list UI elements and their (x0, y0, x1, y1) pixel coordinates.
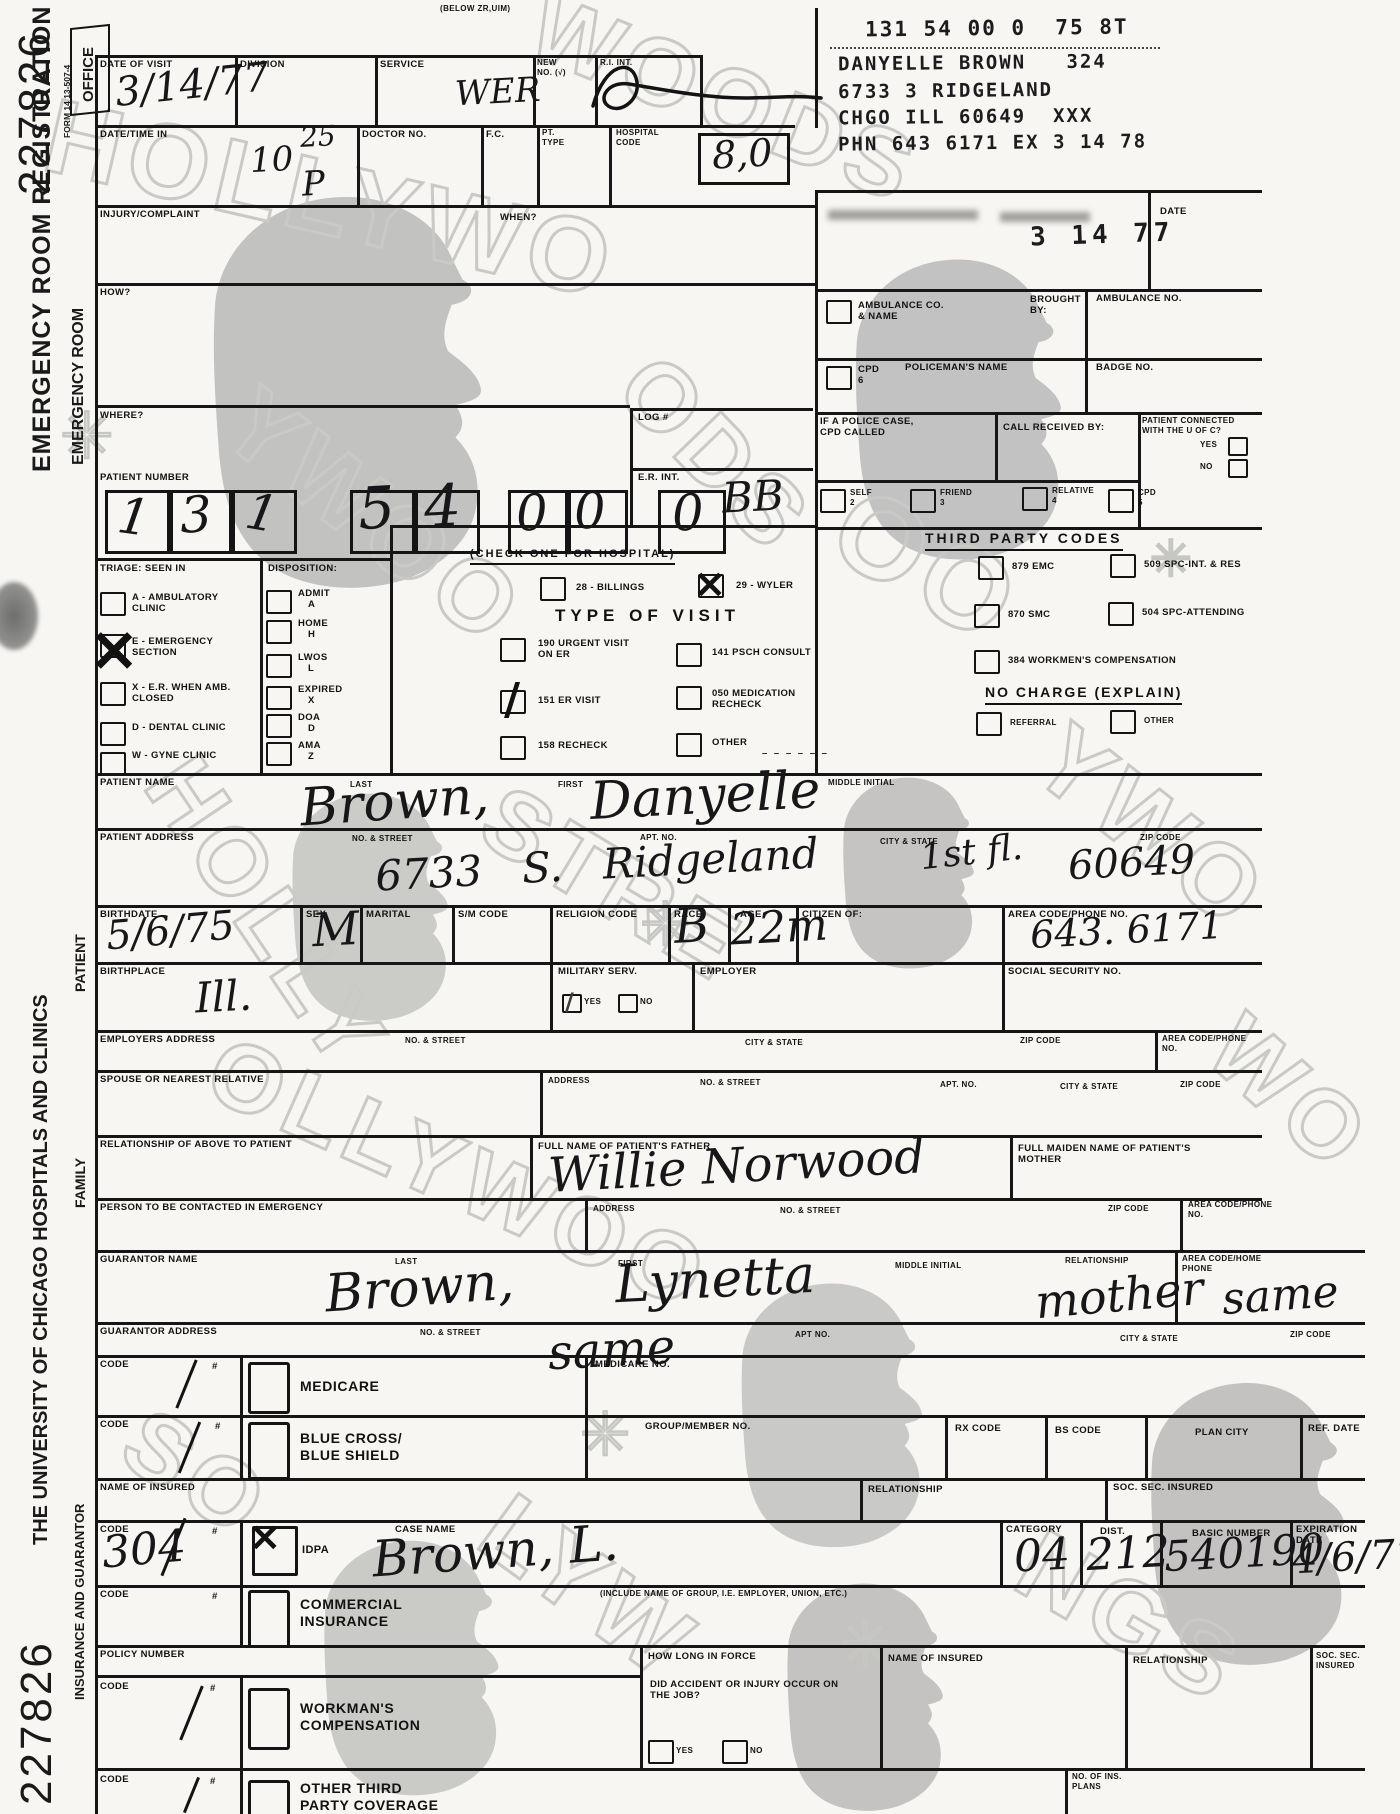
spc-int-label: 509 SPC-INT. & RES (1144, 559, 1241, 570)
referral-label: REFERRAL (1010, 718, 1057, 728)
accident-yes-checkbox[interactable] (648, 1740, 674, 1764)
doctor-no-label: DOCTOR NO. (362, 129, 427, 140)
blue-cross-checkbox[interactable] (248, 1422, 290, 1480)
wyler-label: 29 - WYLER (736, 580, 793, 591)
policy-number-label: POLICY NUMBER (100, 1649, 185, 1660)
ambulance-no-label: AMBULANCE NO. (1096, 293, 1182, 304)
soc-sec-insured-label: SOC. SEC. INSURED (1113, 1482, 1213, 1493)
admit-code: A (308, 599, 315, 610)
patient-connected-label: PATIENT CONNECTED WITH THE U OF C? (1142, 416, 1242, 435)
where-label: WHERE? (100, 410, 144, 421)
contact-address-label: ADDRESS (593, 1204, 635, 1214)
triage-title: TRIAGE: SEEN IN (100, 563, 186, 574)
cpd-label: CPD 6 (858, 364, 879, 387)
disposition-expired-label: EXPIREDX (298, 684, 343, 707)
accident-no-checkbox[interactable] (722, 1740, 748, 1764)
religion-code-label: RELIGION CODE (556, 909, 637, 920)
stamp-city: CHGO ILL 60649 XXX (838, 105, 1094, 130)
zip-value: 60649 (1067, 837, 1196, 890)
idpa-num-label: # (212, 1526, 218, 1537)
connected-yes-label: YES (1200, 440, 1217, 450)
hospital-code-value: 8,0 (711, 130, 774, 177)
expired-code: X (308, 695, 315, 706)
friend-label: FRIEND (940, 488, 972, 497)
employers-zip-label: ZIP CODE (1020, 1036, 1061, 1046)
first-label: FIRST (558, 780, 583, 790)
home-code: H (308, 629, 315, 640)
triage-gyne-label: W - GYNE CLINIC (132, 750, 247, 761)
commercial-insurance-checkbox[interactable] (248, 1590, 290, 1648)
no-of-ins-plans-label: NO. OF INS. PLANS (1072, 1772, 1122, 1791)
disposition-lwos-checkbox[interactable] (266, 654, 292, 678)
workmans-comp-label: WORKMAN'S COMPENSATION (300, 1700, 421, 1734)
illegible-label-smudge (828, 210, 978, 220)
er-int-value: BB (721, 470, 785, 522)
spouse-street-label: NO. & STREET (700, 1078, 761, 1088)
other-visit-dashes: – – – – – – (762, 748, 829, 759)
cpd5-code: 5 (1138, 498, 1143, 507)
guarantor-zip-label: ZIP CODE (1290, 1330, 1331, 1340)
expiration-date-value: 4/6/77 (1291, 1531, 1400, 1584)
ssn-label: SOCIAL SECURITY NO. (1008, 966, 1121, 977)
emc-label: 879 EMC (1012, 561, 1054, 572)
policy-relationship-label: RELATIONSHIP (1133, 1655, 1208, 1666)
section-label-patient: PATIENT (72, 934, 88, 992)
triage-er-closed-checkbox[interactable] (100, 682, 126, 706)
hospital-code-label: HOSPITAL CODE (616, 128, 659, 147)
patient-number-label: PATIENT NUMBER (100, 472, 189, 483)
triage-emergency-label: E - EMERGENCY SECTION (132, 636, 247, 659)
patient-name-label: PATIENT NAME (100, 777, 175, 788)
service-label: SERVICE (380, 59, 424, 70)
form-side-title: EMERGENCY ROOM REGISTRATION (28, 6, 57, 472)
datetime-in-label: DATE/TIME IN (100, 129, 167, 140)
employers-street-label: NO. & STREET (405, 1036, 466, 1046)
third-party-codes-title: THIRD PARTY CODES (925, 530, 1123, 551)
medication-recheck-label: 050 MEDICATION RECHECK (712, 688, 796, 711)
spouse-apt-label: APT. NO. (940, 1080, 977, 1090)
guarantor-last-value: Brown, (323, 1251, 516, 1324)
time-in-hour: 10 (249, 139, 294, 181)
er-visit-checkbox[interactable] (500, 690, 526, 714)
spc-attending-checkbox[interactable] (1108, 602, 1134, 626)
section-label-emergency-room: EMERGENCY ROOM (70, 308, 88, 465)
section-label-insurance: INSURANCE AND GUARANTOR (72, 1504, 87, 1700)
brought-by-label: BROUGHT BY: (1030, 294, 1081, 317)
accident-no-label: NO (750, 1746, 763, 1756)
code-slash-stroke (175, 1359, 197, 1408)
other-third-party-label: OTHER THIRD PARTY COVERAGE (300, 1780, 439, 1814)
scanned-er-registration-form: HOLLYWO WOODS YWOO ODS OO HOLLY STRE YWO… (0, 0, 1400, 1814)
category-value: 04 (1013, 1529, 1072, 1583)
triage-er-closed-label: X - E.R. WHEN AMB. CLOSED (132, 682, 247, 705)
new-no-label: NEW NO. (√) (537, 58, 566, 77)
stamp-patient-number: 131 54 00 0 75 8T (865, 15, 1129, 42)
emc-checkbox[interactable] (978, 556, 1004, 580)
mother-name-label: FULL MAIDEN NAME OF PATIENT'S MOTHER (1018, 1143, 1208, 1166)
contact-phone-label: AREA CODE/PHONE NO. (1188, 1200, 1278, 1219)
contact-zip-label: ZIP CODE (1108, 1204, 1149, 1214)
relationship-above-label: RELATIONSHIP OF ABOVE TO PATIENT (100, 1139, 292, 1150)
name-of-insured-label: NAME OF INSURED (100, 1482, 195, 1493)
employers-phone-label: AREA CODE/PHONE NO. (1162, 1034, 1257, 1053)
badge-no-label: BADGE NO. (1096, 362, 1153, 373)
guarantor-apt-label: APT NO. (795, 1330, 830, 1340)
dist-value: 212 (1085, 1526, 1172, 1581)
disposition-lwos-label: LWOSL (298, 652, 328, 675)
spouse-city-label: CITY & STATE (1060, 1082, 1118, 1092)
brought-by-self-label: SELF2 (850, 488, 872, 507)
disposition-expired-checkbox[interactable] (266, 686, 292, 710)
workman-num-label: # (210, 1683, 216, 1694)
er-visit-label: 151 ER VISIT (538, 695, 601, 706)
sm-code-label: S/M CODE (458, 909, 508, 920)
code-slash-stroke (179, 1686, 204, 1741)
no-charge-title: NO CHARGE (EXPLAIN) (985, 684, 1182, 705)
disposition-title: DISPOSITION: (268, 563, 337, 574)
emergency-contact-label: PERSON TO BE CONTACTED IN EMERGENCY (100, 1202, 323, 1213)
rx-code-label: RX CODE (955, 1423, 1001, 1434)
brought-by-friend-label: FRIEND3 (940, 488, 972, 507)
phone-value: 643. 6171 (1029, 903, 1224, 957)
other-visit-checkbox[interactable] (676, 733, 702, 757)
guarantor-phone-value: same (1220, 1266, 1340, 1325)
patient-number-digit: 0 (671, 483, 706, 543)
medicare-num-label: # (212, 1361, 218, 1372)
guarantor-address-value: same (547, 1319, 677, 1382)
accident-yes-label: YES (676, 1746, 693, 1756)
accident-question-label: DID ACCIDENT OR INJURY OCCUR ON THE JOB? (650, 1679, 838, 1702)
relative-code: 4 (1052, 496, 1057, 505)
other-visit-label: OTHER (712, 737, 747, 748)
patient-number-digit: 3 (179, 485, 214, 545)
friend-code: 3 (940, 498, 945, 507)
disposition-ama-label: AMAZ (298, 740, 321, 763)
check-one-hospital-title: (CHECK ONE FOR HOSPITAL) (470, 548, 675, 565)
no-charge-other-checkbox[interactable] (1110, 710, 1136, 734)
connected-no-checkbox[interactable] (1228, 459, 1248, 478)
policy-ss-label: SOC. SEC. INSURED (1316, 1651, 1396, 1670)
er-int-label: E.R. INT. (638, 472, 680, 483)
relative-label: RELATIVE (1052, 486, 1094, 495)
patient-number-digit: 5 (356, 473, 396, 543)
ambulance-co-label: AMBULANCE CO. & NAME (858, 300, 944, 323)
brought-by-self-checkbox[interactable] (820, 489, 846, 513)
type-of-visit-title: TYPE OF VISIT (555, 606, 740, 626)
insured-relationship-label: RELATIONSHIP (868, 1484, 943, 1495)
marital-label: MARITAL (366, 909, 411, 920)
include-group-note: (INCLUDE NAME OF GROUP, I.E. EMPLOYER, U… (600, 1589, 847, 1599)
connected-yes-checkbox[interactable] (1228, 437, 1248, 456)
guarantor-first-value: Lynetta (614, 1245, 817, 1315)
office-tab-label: OFFICE (80, 47, 97, 102)
patient-number-digit: 0 (573, 481, 608, 541)
disposition-doa-checkbox[interactable] (266, 714, 292, 738)
ama-code: Z (308, 751, 314, 762)
lwos-code: L (308, 663, 314, 674)
street-label: NO. & STREET (352, 834, 413, 844)
brought-by-relative-label: RELATIVE4 (1052, 486, 1094, 505)
father-name-value: Willie Norwood (547, 1128, 926, 1204)
disposition-doa-label: DOAD (298, 712, 320, 735)
self-code: 2 (850, 498, 855, 507)
employers-address-label: EMPLOYERS ADDRESS (100, 1034, 215, 1045)
brought-by-relative-checkbox[interactable] (1022, 487, 1048, 511)
disposition-admit-checkbox[interactable] (266, 590, 292, 614)
when-label: WHEN? (500, 212, 537, 223)
age-value: 22m (729, 899, 829, 955)
log-number-label: LOG # (638, 412, 669, 423)
middle-initial-label: MIDDLE INITIAL (828, 778, 894, 788)
time-in-min: 25 (299, 119, 336, 154)
other-code-label: CODE (100, 1774, 129, 1785)
triage-emergency-checkbox[interactable] (100, 634, 126, 658)
policemans-name-label: POLICEMAN'S NAME (905, 362, 1008, 373)
section-label-family: FAMILY (72, 1158, 88, 1208)
police-case-label: IF A POLICE CASE, CPD CALLED (820, 416, 914, 439)
other-num-label: # (210, 1776, 216, 1787)
commercial-num-label: # (212, 1591, 218, 1602)
contact-street-label: NO. & STREET (780, 1206, 841, 1216)
below-note: (BELOW ZR,UIM) (440, 4, 510, 14)
commercial-insurance-label: COMMERCIAL INSURANCE (300, 1596, 402, 1630)
service-value: WER (454, 70, 541, 114)
connected-no-label: NO (1200, 462, 1213, 472)
brought-by-cpd-label: CPD5 (1138, 488, 1156, 507)
medicare-checkbox[interactable] (248, 1362, 290, 1414)
employers-city-label: CITY & STATE (745, 1038, 803, 1048)
employer-label: EMPLOYER (700, 966, 757, 977)
fc-label: F.C. (486, 129, 505, 140)
workmens-comp-code-label: 384 WORKMEN'S COMPENSATION (1008, 655, 1176, 666)
guarantor-name-label: GUARANTOR NAME (100, 1254, 198, 1265)
doa-label: DOA (298, 712, 320, 723)
spc-attending-label: 504 SPC-ATTENDING (1142, 607, 1245, 618)
psch-consult-label: 141 PSCH CONSULT (712, 647, 811, 658)
spouse-label: SPOUSE OR NEAREST RELATIVE (100, 1074, 264, 1085)
triage-dental-checkbox[interactable] (100, 722, 126, 746)
urgent-visit-label: 190 URGENT VISIT ON ER (538, 638, 629, 661)
smc-checkbox[interactable] (974, 604, 1000, 628)
stamp-phone: PHN 643 6171 EX 3 14 78 (838, 130, 1147, 155)
cpd5-label: CPD (1138, 488, 1156, 497)
workman-code-label: CODE (100, 1681, 129, 1692)
military-serv-label: MILITARY SERV. (558, 966, 637, 977)
military-no-label: NO (640, 997, 653, 1007)
guarantor-address-label: GUARANTOR ADDRESS (100, 1326, 217, 1337)
brought-by-friend-checkbox[interactable] (910, 489, 936, 513)
patient-address-label: PATIENT ADDRESS (100, 832, 194, 843)
disposition-home-checkbox[interactable] (266, 620, 292, 644)
stamp-patient-name: DANYELLE BROWN 324 (838, 51, 1107, 76)
blue-cross-label: BLUE CROSS/ BLUE SHIELD (300, 1430, 402, 1464)
idpa-code-value: 304 (100, 1520, 188, 1578)
ref-date-label: REF. DATE (1308, 1423, 1360, 1434)
other-third-party-checkbox[interactable] (248, 1780, 290, 1814)
medication-recheck-checkbox[interactable] (676, 686, 702, 710)
race-value: B (673, 897, 711, 955)
group-member-label: GROUP/MEMBER NO. (645, 1421, 751, 1432)
triage-dental-label: D - DENTAL CLINIC (132, 722, 247, 733)
serial-number-bottom: 227826 (12, 1640, 62, 1805)
injury-complaint-label: INJURY/COMPLAINT (100, 209, 200, 220)
wyler-checkbox[interactable] (698, 574, 724, 598)
admit-label: ADMIT (298, 588, 330, 599)
medicare-label: MEDICARE (300, 1378, 379, 1395)
sex-value: M (311, 901, 361, 957)
workmans-comp-checkbox[interactable] (248, 1688, 290, 1750)
triage-ambulatory-label: A - AMBULATORY CLINIC (132, 592, 247, 615)
how-long-label: HOW LONG IN FORCE (648, 1651, 756, 1662)
date-label: DATE (1160, 206, 1187, 217)
guarantor-street-label: NO. & STREET (420, 1328, 481, 1338)
lwos-label: LWOS (298, 652, 328, 663)
guarantor-relationship-value: mother (1033, 1261, 1206, 1329)
birthplace-label: BIRTHPLACE (100, 966, 165, 977)
military-yes-checkbox[interactable] (562, 994, 582, 1013)
disposition-ama-checkbox[interactable] (266, 742, 292, 766)
expired-label: EXPIRED (298, 684, 343, 695)
home-label: HOME (298, 618, 328, 629)
guarantor-mi-label: MIDDLE INITIAL (895, 1261, 961, 1271)
commercial-code-label: CODE (100, 1589, 129, 1600)
brought-by-cpd-checkbox[interactable] (1108, 489, 1134, 513)
billings-checkbox[interactable] (540, 577, 566, 601)
ambulance-co-checkbox[interactable] (826, 300, 852, 324)
disposition-admit-label: ADMITA (298, 588, 330, 611)
bc-code-label: CODE (100, 1419, 129, 1430)
self-label: SELF (850, 488, 872, 497)
bc-num-label: # (215, 1421, 221, 1432)
patient-first-name-value: Danyelle (589, 760, 822, 832)
clerk-signature (575, 48, 830, 126)
psch-consult-checkbox[interactable] (676, 643, 702, 667)
referral-checkbox[interactable] (976, 712, 1002, 736)
recheck-label: 158 RECHECK (538, 740, 608, 751)
recheck-checkbox[interactable] (500, 736, 526, 760)
spc-int-checkbox[interactable] (1110, 554, 1136, 578)
form-number: FORM 14 13-507-4 (62, 65, 72, 138)
idpa-label: IDPA (302, 1544, 329, 1557)
workmens-comp-code-checkbox[interactable] (974, 650, 1000, 674)
hospital-name: THE UNIVERSITY OF CHICAGO HOSPITALS AND … (30, 994, 53, 1545)
guarantor-relationship-label: RELATIONSHIP (1065, 1256, 1129, 1266)
patient-number-digit: 4 (422, 471, 462, 541)
patient-number-digit: 0 (515, 483, 550, 543)
how-label: HOW? (100, 287, 131, 298)
ama-label: AMA (298, 740, 321, 751)
no-charge-other-label: OTHER (1144, 716, 1174, 726)
disposition-home-label: HOMEH (298, 618, 328, 641)
ink-blob (0, 582, 38, 650)
guarantor-city-label: CITY & STATE (1120, 1334, 1178, 1344)
plan-city-label: PLAN CITY (1195, 1427, 1249, 1438)
policy-insured-label: NAME OF INSURED (888, 1653, 983, 1664)
cpd-checkbox[interactable] (826, 366, 852, 390)
call-received-label: CALL RECEIVED BY: (1003, 422, 1104, 433)
triage-gyne-checkbox[interactable] (100, 752, 126, 776)
stamp-street: 6733 3 RIDGELAND (838, 79, 1053, 103)
time-in-ampm: P (301, 163, 326, 204)
code-slash-stroke (183, 1777, 200, 1813)
idpa-checkbox[interactable] (252, 1526, 298, 1576)
birthplace-value: Ill. (194, 971, 253, 1023)
medicare-code-label: CODE (100, 1359, 129, 1370)
military-no-checkbox[interactable] (618, 994, 638, 1013)
military-yes-label: YES (584, 997, 601, 1007)
watermark-text: WO (1187, 994, 1393, 1195)
urgent-visit-checkbox[interactable] (500, 638, 526, 662)
pt-type-label: PT. TYPE (542, 128, 565, 147)
smc-label: 870 SMC (1008, 609, 1050, 620)
bs-code-label: BS CODE (1055, 1425, 1101, 1436)
spouse-address-label: ADDRESS (548, 1076, 590, 1086)
billings-label: 28 - BILLINGS (576, 582, 645, 593)
doa-code: D (308, 723, 315, 734)
date-received-stamp: 3 14 77 (1030, 217, 1176, 252)
spouse-zip-label: ZIP CODE (1180, 1080, 1221, 1090)
